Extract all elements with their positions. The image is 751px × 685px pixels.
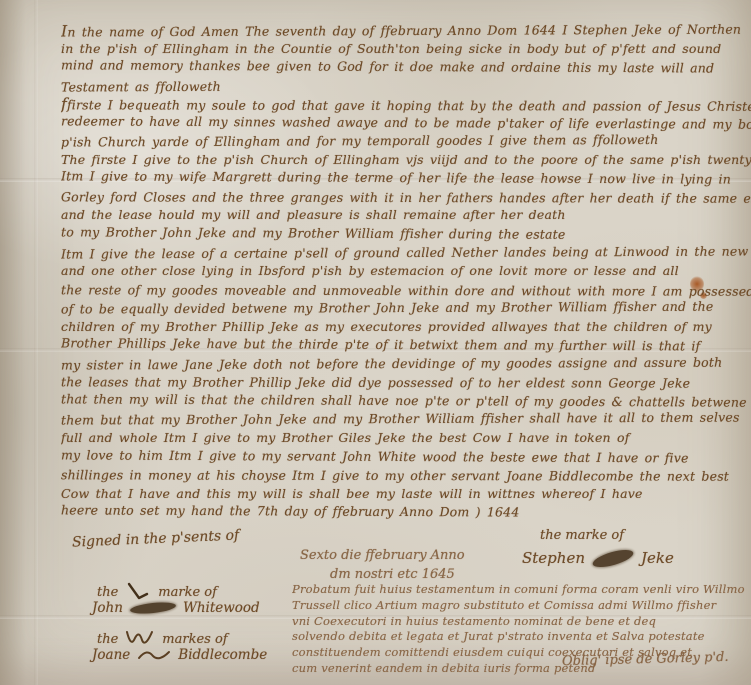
body-line: them but that my Brother John Jeke and m… xyxy=(61,409,751,431)
body-line: and the lease hould my will and pleasure… xyxy=(61,206,751,225)
body-line: Itm I give to my wife Margrett during th… xyxy=(61,168,751,190)
body-line: In the name of God Amen The seventh day … xyxy=(61,19,751,41)
body-line: full and whole Itm I give to my Brother … xyxy=(61,429,751,448)
body-line: my love to him Itm I give to my servant … xyxy=(61,446,751,468)
body-line: heere unto set my hand the 7th day of ff… xyxy=(61,502,751,524)
witness2-first-name: Joane xyxy=(92,647,130,663)
body-line: The firste I give to the p'ish Church of… xyxy=(61,151,751,170)
witness2-signature-flourish-icon xyxy=(137,648,171,662)
body-line: Cow that I have and this my will is shal… xyxy=(61,485,751,504)
fold-crease-vertical xyxy=(34,0,38,685)
probate-date-line2: dm nostri etc 1645 xyxy=(330,567,455,582)
body-line: of to be equally devided betwene my Brot… xyxy=(61,298,751,320)
manuscript-scan: In the name of God Amen The seventh day … xyxy=(0,0,751,685)
probate-line: vni Coexecutori in huius testamento nomi… xyxy=(292,614,750,630)
witness1-marke-of: marke of xyxy=(158,585,217,600)
witness1-mark-icon xyxy=(125,582,151,602)
body-line: p'ish Church yarde of Ellingham and for … xyxy=(61,131,751,153)
testator-mark-label: the marke of xyxy=(540,528,624,543)
testator-surname: Jeke xyxy=(641,549,674,567)
body-line: my sister in lawe Jane Jeke doth not bef… xyxy=(61,353,751,375)
witness1-surname: Whitewood xyxy=(183,600,260,616)
body-line: in the p'ish of Ellingham in the Countie… xyxy=(61,40,751,59)
probate-line: Trussell clico Artium magro substituto e… xyxy=(292,598,750,614)
testator-first-name: Stephen xyxy=(522,549,585,567)
stephen-jeke-mark-icon xyxy=(591,546,635,570)
witness2-markes-of: markes of xyxy=(162,632,227,647)
body-line: children of my Brother Phillip Jeke as m… xyxy=(61,318,751,337)
body-line: Itm I give the lease of a certaine p'sel… xyxy=(61,242,751,264)
will-body-text: In the name of God Amen The seventh day … xyxy=(61,21,751,522)
body-line: and one other close lying in Ibsford p'i… xyxy=(61,262,751,281)
body-line: shillinges in money at his choyse Itm I … xyxy=(61,466,751,486)
probate-line: solvendo debita et legata et Jurat p'str… xyxy=(292,629,750,645)
witness2-the: the xyxy=(97,632,118,647)
witness1-first-name: John xyxy=(92,600,123,616)
probate-line: Probatum fuit huius testamentum in comun… xyxy=(292,582,750,598)
witness1-signature-blob-icon xyxy=(130,601,177,616)
witness2-surname: Biddlecombe xyxy=(178,647,267,663)
body-line: Gorley ford Closes and the three granges… xyxy=(61,188,751,208)
witness1-the: the xyxy=(97,585,118,600)
probate-date-line1: Sexto die ffebruary Anno xyxy=(300,548,465,563)
body-line: Testament as ffolloweth xyxy=(61,75,751,97)
